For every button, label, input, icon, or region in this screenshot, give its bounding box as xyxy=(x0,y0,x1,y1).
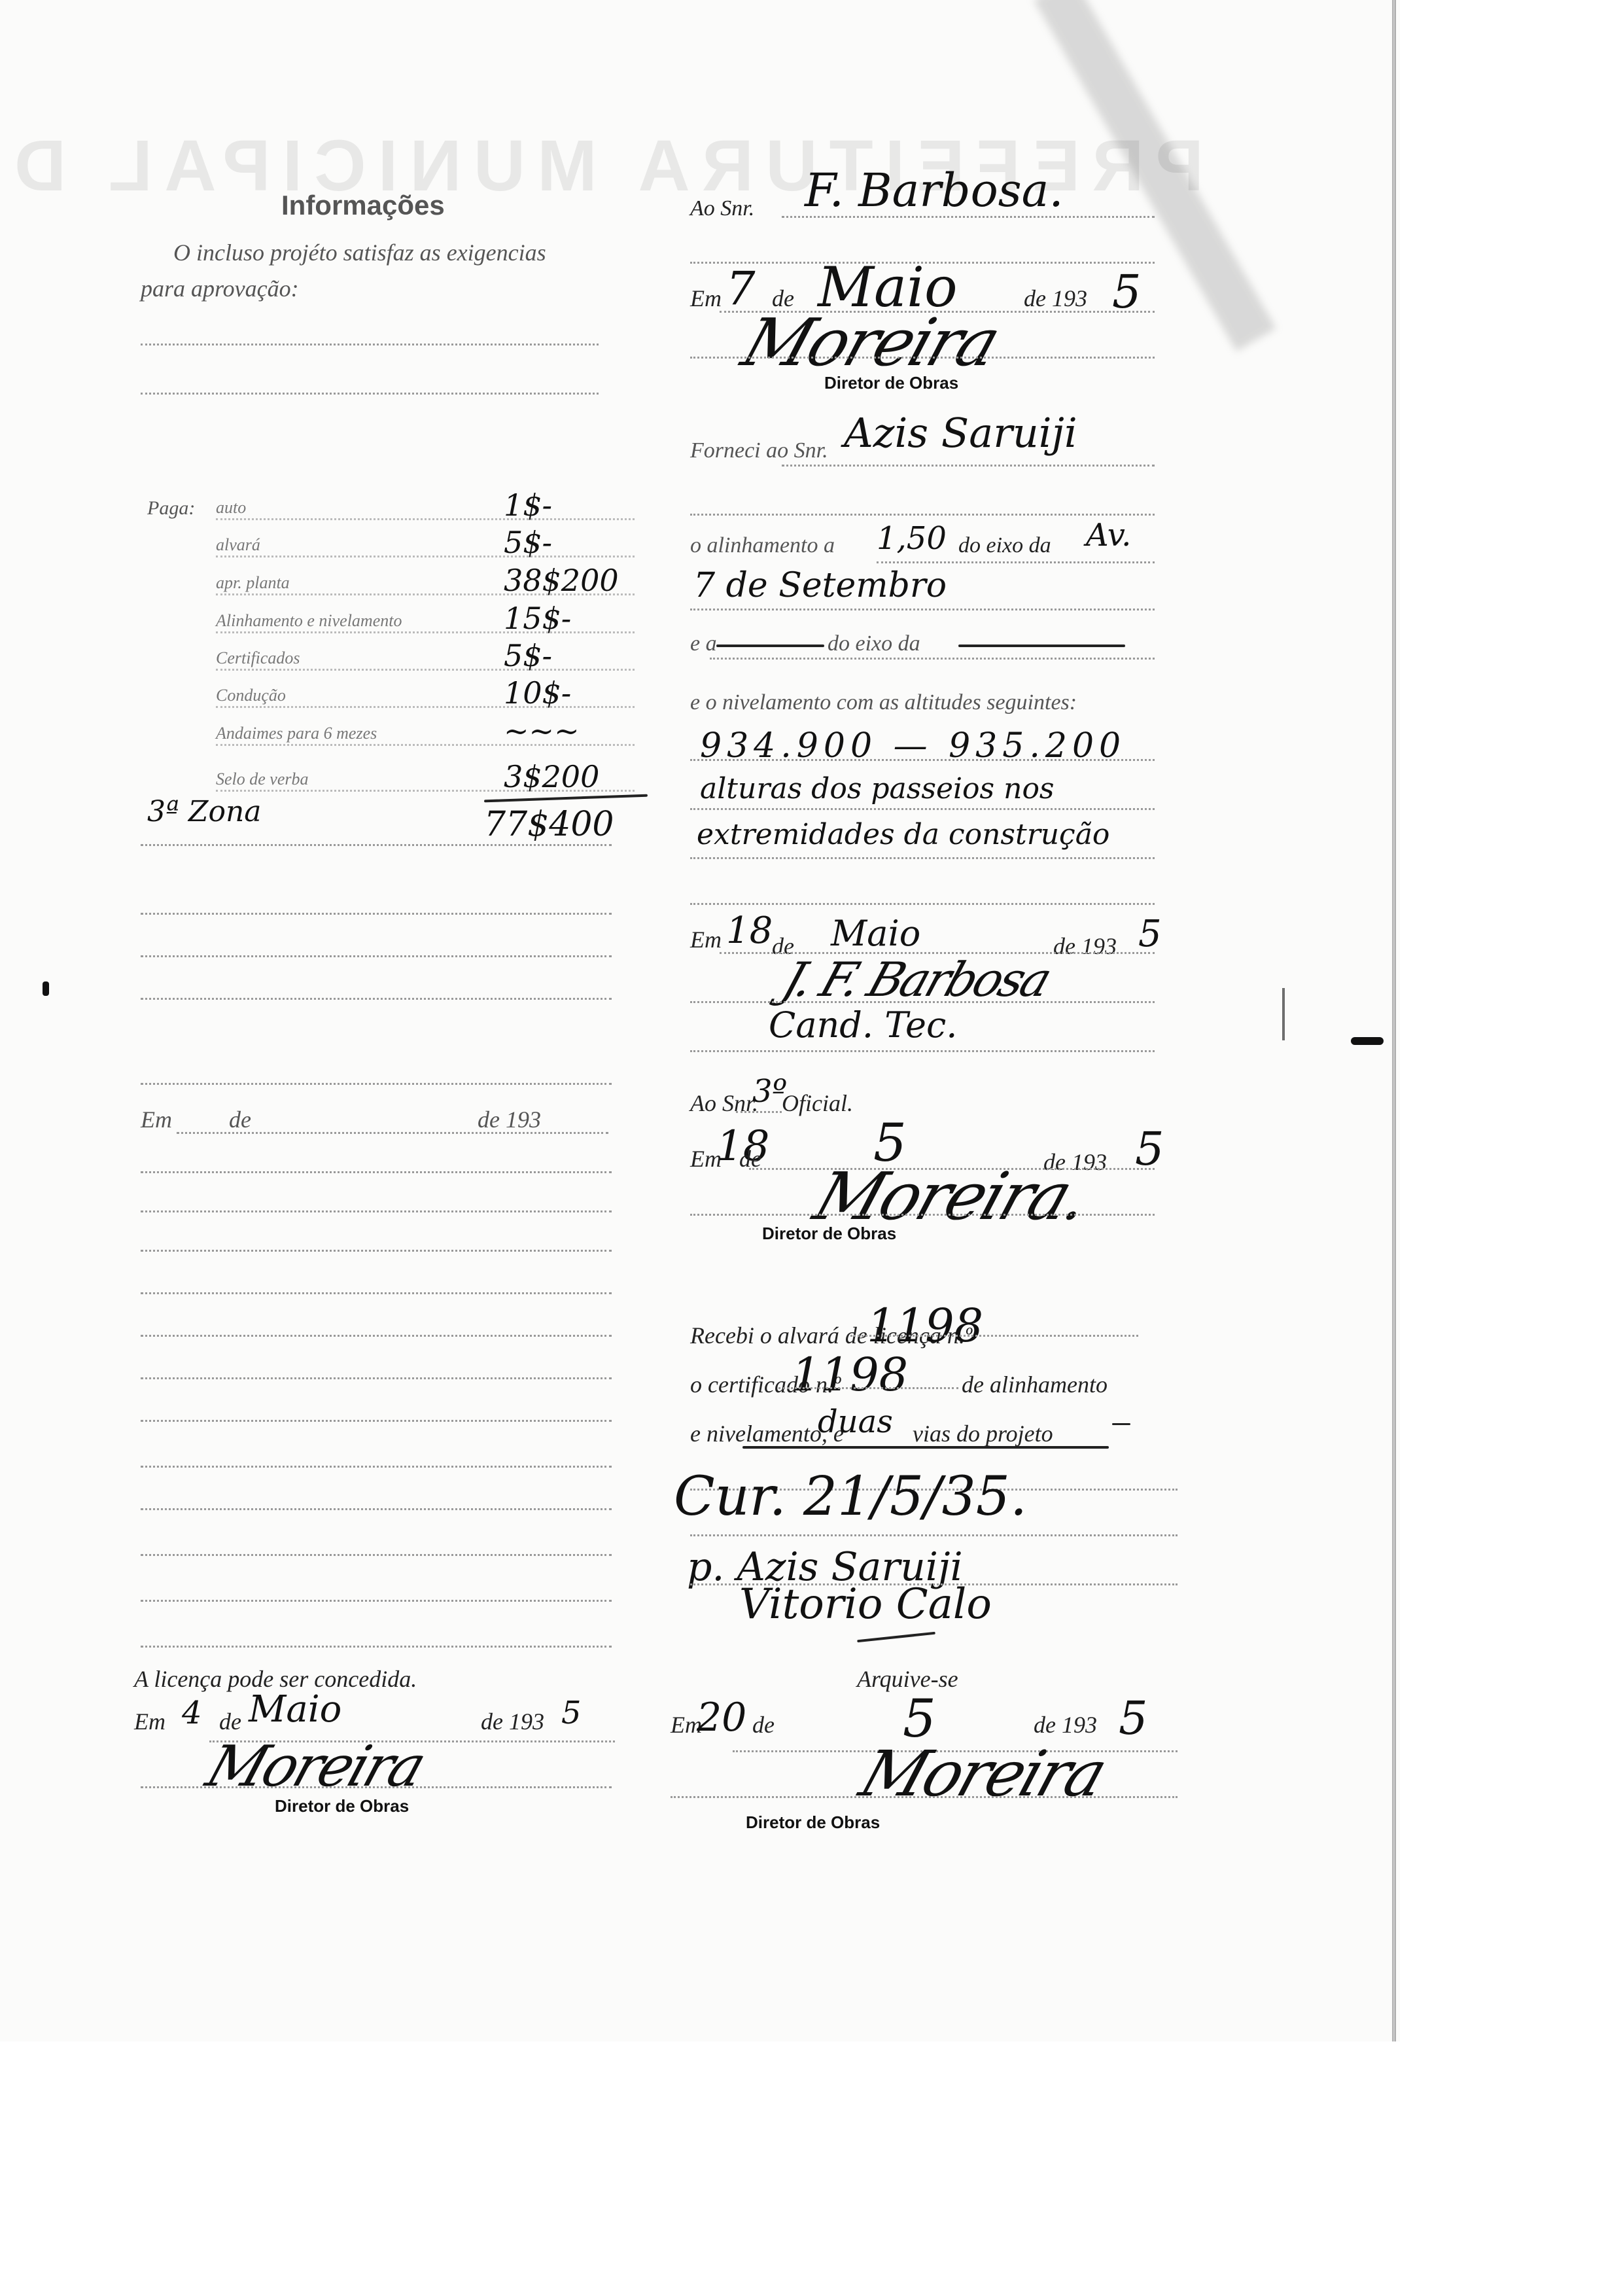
block1-year-prefix: de 193 xyxy=(1024,285,1087,312)
underline xyxy=(742,1446,1109,1449)
forneci-label: Forneci ao Snr. xyxy=(690,438,828,463)
signature-line xyxy=(141,1786,612,1788)
street-abbrev: Av. xyxy=(1086,517,1131,554)
fee-value: 5$- xyxy=(504,525,552,560)
approval-em: Em xyxy=(134,1708,166,1735)
alinhamento-line xyxy=(877,561,1155,563)
scanned-page: PREFEITURA MUNICIPAL DE CURITIBA Informa… xyxy=(0,0,1400,2041)
de-alinhamento-label: de alinhamento xyxy=(962,1371,1108,1398)
fee-label: Condução xyxy=(216,686,286,705)
recipient-oficial: Oficial. xyxy=(782,1089,853,1117)
blank-line xyxy=(690,514,1155,516)
licenca-number: 1198 xyxy=(867,1299,983,1352)
blank-line xyxy=(690,903,1155,905)
paga-label: Paga: xyxy=(147,497,195,520)
do-eixo-da-label: do eixo da xyxy=(828,631,920,656)
licenca-line xyxy=(850,1335,1138,1337)
intro-line-1: O incluso projéto satisfaz as exigencias xyxy=(173,239,546,266)
block2-month: Maio xyxy=(831,913,920,954)
vias-label: vias do projeto xyxy=(913,1420,1053,1447)
margin-mark xyxy=(1282,988,1285,1040)
blank-line xyxy=(710,658,1155,660)
blank-line xyxy=(690,857,1155,859)
blank-line xyxy=(141,1466,612,1468)
blank-line xyxy=(690,1534,1178,1536)
block5-de: de xyxy=(752,1711,775,1739)
recipient-line xyxy=(782,465,1155,467)
role-diretor-de-obras: Diretor de Obras xyxy=(746,1812,880,1833)
role-diretor-de-obras: Diretor de Obras xyxy=(762,1224,896,1244)
blank-line xyxy=(141,913,612,915)
block1-day: 7 xyxy=(726,262,756,315)
block5-day: 20 xyxy=(697,1695,746,1740)
blank-line xyxy=(141,1420,612,1422)
fee-row-apr-planta: apr. planta 38$200 xyxy=(216,569,635,595)
page-edge xyxy=(1392,0,1396,2041)
certificado-line xyxy=(778,1387,958,1389)
fee-label: Andaimes para 6 mezes xyxy=(216,724,377,743)
alinhamento-label: o alinhamento a xyxy=(690,533,835,558)
strike-line xyxy=(716,645,824,647)
nivelamento-label: e o nivelamento com as altitudes seguint… xyxy=(690,690,1077,715)
blank-date-de: de xyxy=(229,1106,251,1133)
blank-line xyxy=(141,1377,612,1379)
intro-line-2: para aprovação: xyxy=(141,275,299,302)
margin-mark xyxy=(1351,1037,1384,1045)
zone-label: 3ª Zona xyxy=(147,795,262,828)
informacoes-title: Informações xyxy=(281,190,445,221)
blank-line xyxy=(141,955,612,957)
blank-line xyxy=(141,344,599,345)
fee-row-auto: auto 1$- xyxy=(216,494,635,520)
fee-value: ~~~ xyxy=(504,713,580,749)
vias-count: duas xyxy=(818,1404,893,1440)
fee-label: Certificados xyxy=(216,648,300,668)
signature-line xyxy=(690,1001,1155,1003)
blank-date-year: de 193 xyxy=(478,1106,541,1133)
blank-line xyxy=(141,1646,612,1648)
receipt-signature-line2: Vitorio Calo xyxy=(739,1580,992,1629)
blank-line xyxy=(141,1292,612,1294)
role-diretor-de-obras: Diretor de Obras xyxy=(275,1796,409,1816)
blank-line xyxy=(141,1210,612,1212)
block2-year-prefix: de 193 xyxy=(1053,932,1117,960)
fee-row-alvara: alvará 5$- xyxy=(216,531,635,557)
street-name: 7 de Setembro xyxy=(693,566,947,605)
approval-de: de xyxy=(219,1708,241,1735)
blank-line xyxy=(690,609,1155,610)
block2-em: Em xyxy=(690,926,722,953)
date-line xyxy=(177,1132,608,1134)
signature-line xyxy=(690,357,1155,359)
block1-em: Em xyxy=(690,285,722,312)
recipient-line xyxy=(736,1111,782,1113)
do-eixo-label: do eixo da xyxy=(958,533,1051,558)
block5-year-digit: 5 xyxy=(1119,1691,1148,1745)
alinhamento-value: 1,50 xyxy=(877,520,947,557)
sum-rule xyxy=(484,794,648,803)
fee-label: alvará xyxy=(216,535,260,555)
fee-value: 3$200 xyxy=(504,759,599,794)
receipt-date: Cur. 21/5/35. xyxy=(674,1466,1027,1528)
note-line-1: alturas dos passeios nos xyxy=(700,772,1055,805)
fee-total: 77$400 xyxy=(484,805,614,844)
block5-year-prefix: de 193 xyxy=(1034,1711,1097,1739)
recipient-line xyxy=(782,216,1155,218)
strike-line xyxy=(958,645,1125,647)
dash-mark xyxy=(1112,1423,1130,1425)
block2-year-digit: 5 xyxy=(1138,913,1162,955)
signature-barbosa: J. F. Barbosa xyxy=(776,952,1056,1007)
blank-line xyxy=(141,998,612,1000)
margin-mark xyxy=(43,981,49,996)
blank-line xyxy=(141,393,599,395)
signature-flourish xyxy=(857,1632,935,1643)
blank-line xyxy=(141,844,612,846)
block2-day: 18 xyxy=(726,910,773,952)
note-line-2: extremidades da construção xyxy=(697,818,1109,851)
approval-year-digit: 5 xyxy=(561,1695,582,1731)
blank-line xyxy=(141,1508,612,1510)
fee-label: apr. planta xyxy=(216,573,290,593)
signature-moreira: Moreira xyxy=(199,1734,432,1799)
blank-line xyxy=(141,1600,612,1602)
blank-date-em: Em xyxy=(141,1106,172,1133)
fee-label: Selo de verba xyxy=(216,769,309,789)
signature-moreira: Moreira xyxy=(852,1737,1114,1810)
fee-label: auto xyxy=(216,498,246,518)
fee-value: 1$- xyxy=(504,487,552,523)
signature-line xyxy=(671,1796,1178,1798)
block2-de: de xyxy=(772,932,794,960)
fee-row-conducao: Condução 10$- xyxy=(216,682,635,708)
role-cand-tec: Cand. Tec. xyxy=(769,1004,957,1046)
blank-line xyxy=(141,1335,612,1337)
approval-year-prefix: de 193 xyxy=(481,1708,544,1735)
blank-line xyxy=(141,1083,612,1085)
fee-row-selo: Selo de verba 3$200 xyxy=(216,766,635,792)
recipient-barbosa: F. Barbosa. xyxy=(805,164,1064,217)
certificado-number: 1198 xyxy=(792,1348,908,1402)
role-diretor-de-obras: Diretor de Obras xyxy=(824,373,958,393)
blank-line xyxy=(690,1050,1155,1052)
blank-line xyxy=(690,759,1155,761)
fee-row-certificados: Certificados 5$- xyxy=(216,645,635,671)
recipient-azis: Azis Saruiji xyxy=(844,409,1077,457)
ao-snr-label: Ao Snr. xyxy=(690,196,754,221)
fee-value: 5$- xyxy=(504,638,552,673)
fee-value: 10$- xyxy=(504,675,571,711)
approval-day: 4 xyxy=(182,1695,202,1731)
approval-month: Maio xyxy=(249,1688,341,1731)
fee-row-alinhamento: Alinhamento e nivelamento 15$- xyxy=(216,607,635,633)
fee-label: Alinhamento e nivelamento xyxy=(216,611,402,631)
fee-value: 15$- xyxy=(504,601,571,636)
fee-row-andaimes: Andaimes para 6 mezes ~~~ xyxy=(216,720,635,746)
blank-line xyxy=(141,1171,612,1173)
blank-line xyxy=(141,1554,612,1556)
blank-line xyxy=(690,808,1155,810)
signature-moreira: Moreira xyxy=(733,304,1007,381)
signature-line xyxy=(690,1214,1155,1216)
fee-value: 38$200 xyxy=(504,563,619,598)
e-a-label: e a xyxy=(690,631,717,656)
blank-line xyxy=(141,1250,612,1252)
